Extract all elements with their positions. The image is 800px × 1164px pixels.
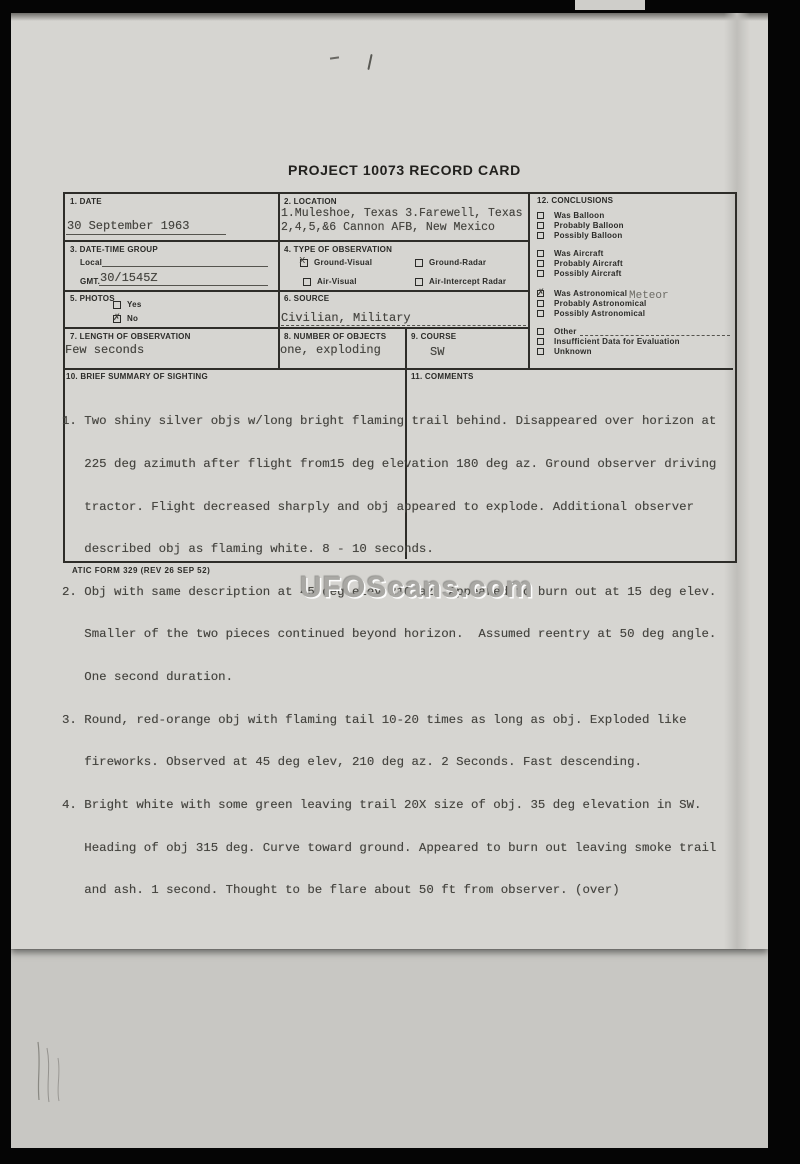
air-visual-label: Air-Visual bbox=[317, 277, 357, 286]
scratch-marks bbox=[25, 1030, 95, 1105]
unknown-label: Unknown bbox=[554, 347, 592, 356]
ground-radar-checkbox bbox=[415, 259, 423, 267]
source-underline bbox=[281, 317, 526, 326]
conclusion-was-astronomical: Was Astronomical bbox=[537, 289, 627, 298]
photos-no-checkbox bbox=[113, 315, 121, 323]
page-top-shade bbox=[11, 13, 768, 21]
summary-line: fireworks. Observed at 45 deg elev, 210 … bbox=[62, 755, 716, 769]
conclusion-unknown: Unknown bbox=[537, 347, 592, 356]
local-underline bbox=[102, 258, 268, 267]
other-checkbox bbox=[537, 328, 544, 335]
summary-line: 3. Round, red-orange obj with flaming ta… bbox=[62, 713, 716, 727]
photos-yes-checkbox bbox=[113, 301, 121, 309]
option-air-visual: Air-Visual bbox=[303, 277, 357, 286]
summary-line: Heading of obj 315 deg. Curve toward gro… bbox=[62, 841, 716, 855]
photos-yes-label: Yes bbox=[127, 300, 142, 309]
scan-border-notch bbox=[575, 0, 645, 10]
ground-visual-checkbox bbox=[300, 259, 308, 267]
summary-line: 4. Bright white with some green leaving … bbox=[62, 798, 716, 812]
course-value: SW bbox=[430, 345, 444, 359]
other-underline bbox=[580, 328, 730, 336]
was-astronomical-label: Was Astronomical bbox=[554, 289, 627, 298]
was-balloon-checkbox bbox=[537, 212, 544, 219]
summary-line: described obj as flaming white. 8 - 10 s… bbox=[62, 542, 716, 556]
table-line bbox=[63, 368, 733, 370]
possibly-aircraft-checkbox bbox=[537, 270, 544, 277]
insufficient-data-label: Insufficient Data for Evaluation bbox=[554, 337, 680, 346]
air-intercept-radar-label: Air-Intercept Radar bbox=[429, 277, 506, 286]
date-label: 1. DATE bbox=[70, 197, 102, 206]
document-title: PROJECT 10073 RECORD CARD bbox=[288, 162, 521, 178]
conclusion-probably-balloon: Probably Balloon bbox=[537, 221, 624, 230]
conclusion-insufficient-data: Insufficient Data for Evaluation bbox=[537, 337, 680, 346]
course-label: 9. COURSE bbox=[411, 332, 456, 341]
possibly-astronomical-label: Possibly Astronomical bbox=[554, 309, 645, 318]
table-line bbox=[63, 327, 528, 329]
watermark: UFOScans.com bbox=[300, 571, 534, 605]
was-aircraft-checkbox bbox=[537, 250, 544, 257]
comments-label: 11. COMMENTS bbox=[411, 372, 474, 381]
number-of-objects-label: 8. NUMBER OF OBJECTS bbox=[284, 332, 386, 341]
ground-radar-label: Ground-Radar bbox=[429, 258, 486, 267]
photos-label: 5. PHOTOS bbox=[70, 294, 115, 303]
probably-aircraft-checkbox bbox=[537, 260, 544, 267]
brief-summary-text: 1. Two shiny silver objs w/long bright f… bbox=[62, 386, 716, 926]
length-of-observation-value: Few seconds bbox=[65, 343, 144, 357]
was-aircraft-label: Was Aircraft bbox=[554, 249, 604, 258]
unknown-checkbox bbox=[537, 348, 544, 355]
conclusion-was-aircraft: Was Aircraft bbox=[537, 249, 604, 258]
lower-sheet bbox=[11, 940, 768, 1150]
gmt-underline bbox=[99, 277, 268, 286]
probably-balloon-checkbox bbox=[537, 222, 544, 229]
gmt-label: GMT. bbox=[80, 277, 100, 286]
number-of-objects-value: one, exploding bbox=[280, 343, 381, 357]
conclusions-label: 12. CONCLUSIONS bbox=[537, 196, 613, 205]
conclusion-other: Other bbox=[537, 327, 577, 336]
date-underline bbox=[66, 226, 226, 235]
ground-visual-label: Ground-Visual bbox=[314, 258, 372, 267]
form-number: ATIC FORM 329 (REV 26 SEP 52) bbox=[72, 566, 210, 575]
conclusion-was-balloon: Was Balloon bbox=[537, 211, 604, 220]
air-visual-checkbox bbox=[303, 278, 311, 286]
local-label: Local bbox=[80, 258, 102, 267]
option-air-intercept-radar: Air-Intercept Radar bbox=[415, 277, 506, 286]
conclusion-possibly-astronomical: Possibly Astronomical bbox=[537, 309, 645, 318]
probably-aircraft-label: Probably Aircraft bbox=[554, 259, 623, 268]
possibly-aircraft-label: Possibly Aircraft bbox=[554, 269, 622, 278]
conclusion-probably-aircraft: Probably Aircraft bbox=[537, 259, 623, 268]
scan-border-bottom bbox=[0, 1148, 800, 1164]
scan-border-left bbox=[0, 0, 11, 1164]
location-value-line2: 2,4,5,&6 Cannon AFB, New Mexico bbox=[281, 221, 495, 234]
table-line bbox=[63, 240, 528, 242]
was-astronomical-checkbox bbox=[537, 290, 544, 297]
probably-astronomical-label: Probably Astronomical bbox=[554, 299, 647, 308]
date-time-group-label: 3. DATE-TIME GROUP bbox=[70, 245, 158, 254]
option-photos-no: No bbox=[113, 314, 138, 323]
summary-line: Smaller of the two pieces continued beyo… bbox=[62, 627, 716, 641]
conclusion-possibly-balloon: Possibly Balloon bbox=[537, 231, 622, 240]
summary-line: 225 deg azimuth after flight from15 deg … bbox=[62, 457, 716, 471]
scan-border-top bbox=[0, 0, 800, 13]
length-of-observation-label: 7. LENGTH OF OBSERVATION bbox=[70, 332, 191, 341]
table-line bbox=[278, 192, 280, 368]
was-balloon-label: Was Balloon bbox=[554, 211, 604, 220]
summary-line: 1. Two shiny silver objs w/long bright f… bbox=[62, 414, 716, 428]
table-line bbox=[63, 290, 528, 292]
probably-astronomical-checkbox bbox=[537, 300, 544, 307]
scan-border-right bbox=[768, 0, 800, 1164]
summary-line: One second duration. bbox=[62, 670, 716, 684]
source-label: 6. SOURCE bbox=[284, 294, 329, 303]
possibly-balloon-label: Possibly Balloon bbox=[554, 231, 622, 240]
option-ground-visual: Ground-Visual bbox=[300, 258, 372, 267]
photos-no-label: No bbox=[127, 314, 138, 323]
brief-summary-label: 10. BRIEF SUMMARY OF SIGHTING bbox=[66, 372, 208, 381]
conclusion-possibly-aircraft: Possibly Aircraft bbox=[537, 269, 622, 278]
type-of-observation-label: 4. TYPE OF OBSERVATION bbox=[284, 245, 392, 254]
summary-line: tractor. Flight decreased sharply and ob… bbox=[62, 500, 716, 514]
option-ground-radar: Ground-Radar bbox=[415, 258, 486, 267]
possibly-astronomical-checkbox bbox=[537, 310, 544, 317]
scanned-document: PROJECT 10073 RECORD CARD 1. DATE 30 Sep… bbox=[0, 0, 800, 1164]
conclusion-probably-astronomical: Probably Astronomical bbox=[537, 299, 647, 308]
table-line bbox=[528, 192, 530, 368]
location-label: 2. LOCATION bbox=[284, 197, 337, 206]
possibly-balloon-checkbox bbox=[537, 232, 544, 239]
probably-balloon-label: Probably Balloon bbox=[554, 221, 624, 230]
other-label: Other bbox=[554, 327, 577, 336]
location-value-line1: 1.Muleshoe, Texas 3.Farewell, Texas bbox=[281, 207, 523, 220]
summary-line: and ash. 1 second. Thought to be flare a… bbox=[62, 883, 716, 897]
option-photos-yes: Yes bbox=[113, 300, 142, 309]
insufficient-data-checkbox bbox=[537, 338, 544, 345]
air-intercept-radar-checkbox bbox=[415, 278, 423, 286]
